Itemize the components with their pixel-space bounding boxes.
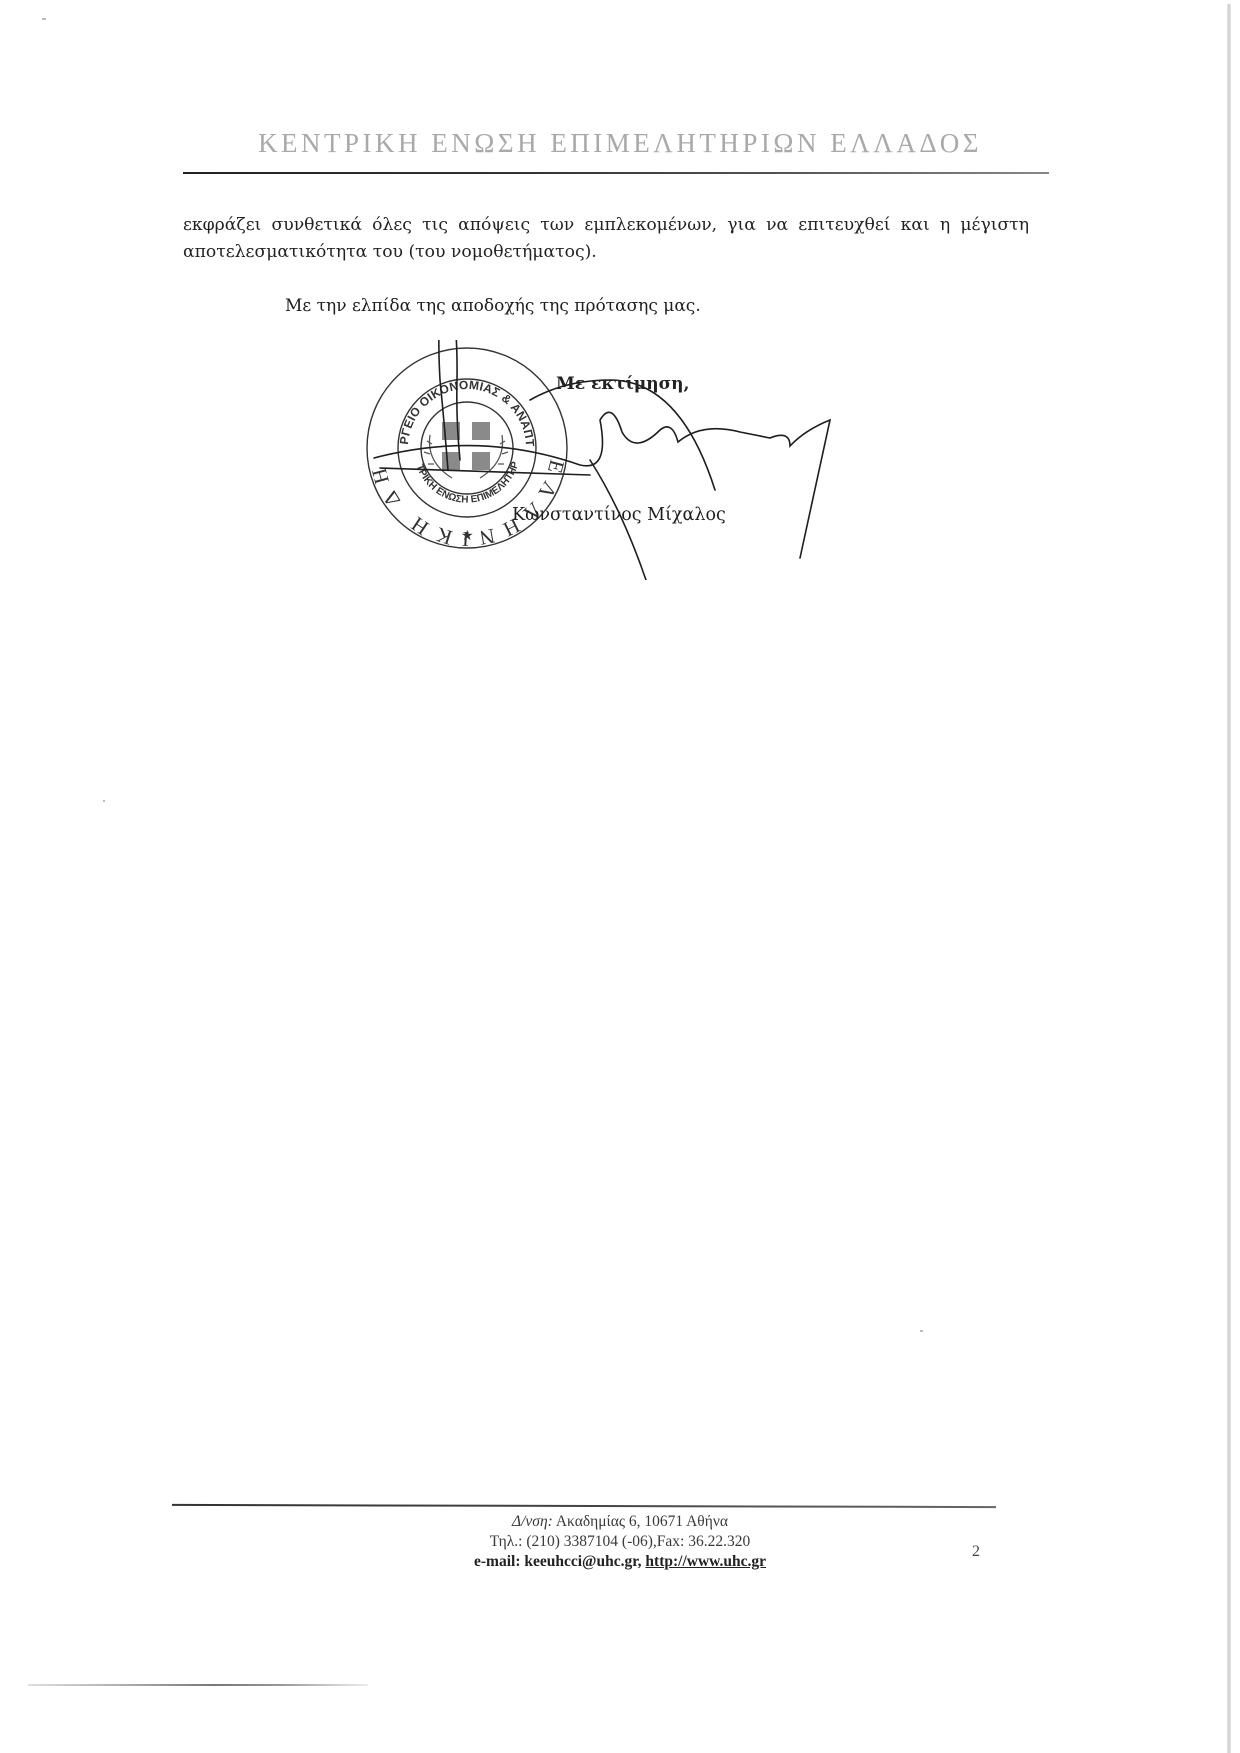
footer-phone-fax: Τηλ.: (210) 3387104 (-06),Fax: 36.22.320 xyxy=(0,1532,1240,1552)
address-value: Ακαδημίας 6, 10671 Αθήνα xyxy=(556,1513,728,1530)
email-text: e-mail: keeuhcci@uhc.gr, xyxy=(474,1553,645,1570)
letterhead-organization: ΚΕΝΤΡΙΚΗ ΕΝΩΣΗ ΕΠΙΜΕΛΗΤΗΡΙΩΝ ΕΛΛΑΔΟΣ xyxy=(0,128,1240,159)
website-link[interactable]: http://www.uhc.gr xyxy=(645,1553,766,1570)
address-label: Δ/νση: xyxy=(512,1513,553,1530)
scan-artifact-line xyxy=(28,1684,368,1686)
signer-name: Κωνσταντίνος Μίχαλος xyxy=(512,505,726,525)
scan-speck xyxy=(920,1330,923,1332)
footer-contact: Δ/νση: Ακαδημίας 6, 10671 Αθήνα Τηλ.: (2… xyxy=(0,1512,1240,1572)
footer-email-web: e-mail: keeuhcci@uhc.gr, http://www.uhc.… xyxy=(0,1552,1240,1572)
footer-address: Δ/νση: Ακαδημίας 6, 10671 Αθήνα xyxy=(0,1512,1240,1532)
header-divider xyxy=(183,172,1049,174)
footer-divider xyxy=(172,1504,996,1508)
regards-line: Με εκτίμηση, xyxy=(556,374,689,394)
closing-line: Με την ελπίδα της αποδοχής της πρότασης … xyxy=(285,296,701,316)
seal-star-icon: ★ xyxy=(461,529,474,544)
page-number: 2 xyxy=(972,1543,980,1561)
scan-edge-artifact xyxy=(1227,4,1231,1753)
scan-speck xyxy=(42,18,46,20)
body-paragraph: εκφράζει συνθετικά όλες τις απόψεις των … xyxy=(183,212,1029,266)
document-page: ΚΕΝΤΡΙΚΗ ΕΝΩΣΗ ΕΠΙΜΕΛΗΤΗΡΙΩΝ ΕΛΛΑΔΟΣ εκφ… xyxy=(0,0,1240,1753)
scan-speck xyxy=(103,800,105,802)
